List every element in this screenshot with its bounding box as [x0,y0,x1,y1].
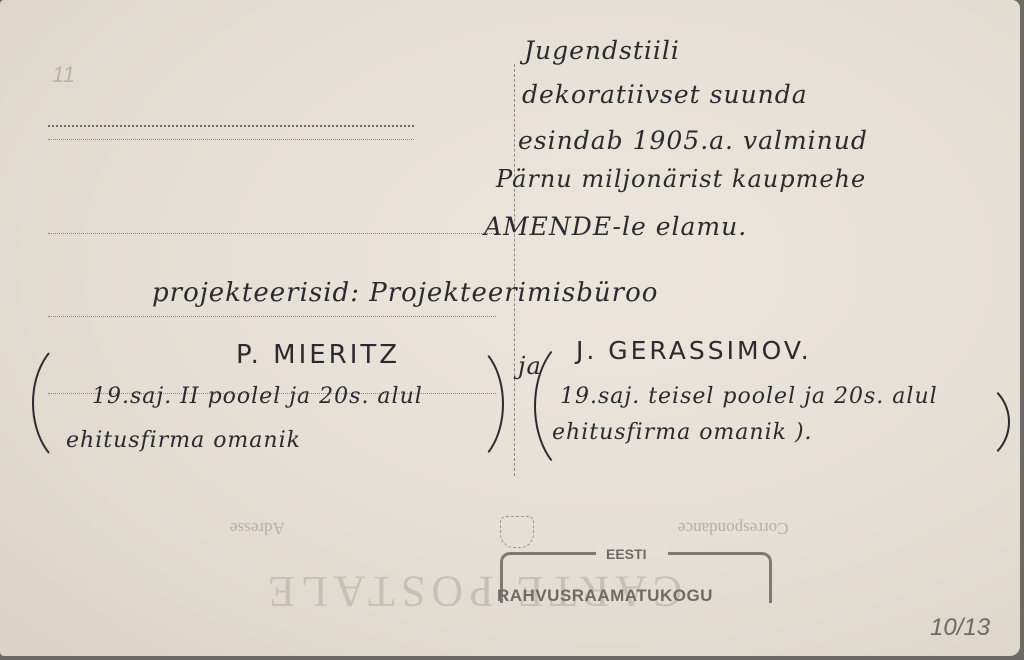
note-line-5: AMENDE-le elamu. [484,212,747,241]
postcard-back: 11 Jugendstiili dekoratiivset suunda esi… [0,0,1020,656]
library-crest-icon [500,516,534,548]
center-divider [514,64,515,476]
address-line-3 [48,316,496,317]
note-line-1: Jugendstiili [524,36,680,65]
architect-left-name: P. MIERITZ [236,340,400,370]
note-line-2: dekoratiivset suunda [522,80,808,109]
right-close-paren [930,380,1010,464]
catalog-number: 10/13 [930,614,990,642]
architect-left-note-2: ehitusfirma omanik [66,428,301,453]
note-line-4: Pärnu miljonärist kaupmehe [496,165,866,193]
address-line-1 [48,139,414,140]
architect-left-note-1: 19.saj. II poolel ja 20s. alul [92,384,423,409]
library-stamp-top: EESTI [606,546,646,562]
library-stamp-bottom: RAHVUSRAAMATUKOGU [497,586,713,606]
designed-by-line: projekteerisid: Projekteerimisbüroo [152,278,658,308]
architect-right-name: J. GERASSIMOV. [576,336,812,365]
mirrored-correspondance-label: Correspondance [678,518,788,538]
address-line-solid [48,125,414,127]
faint-pencil-mark: 11 [52,62,75,88]
architect-right-note-2: ehitusfirma omanik ). [552,420,813,445]
left-close-paren [420,340,504,468]
note-line-3: esindab 1905.a. valminud [518,126,868,155]
architect-right-note-1: 19.saj. teisel poolel ja 20s. alul [560,384,938,409]
address-line-2 [48,233,496,234]
mirrored-adresse-label: Adresse [230,518,285,538]
